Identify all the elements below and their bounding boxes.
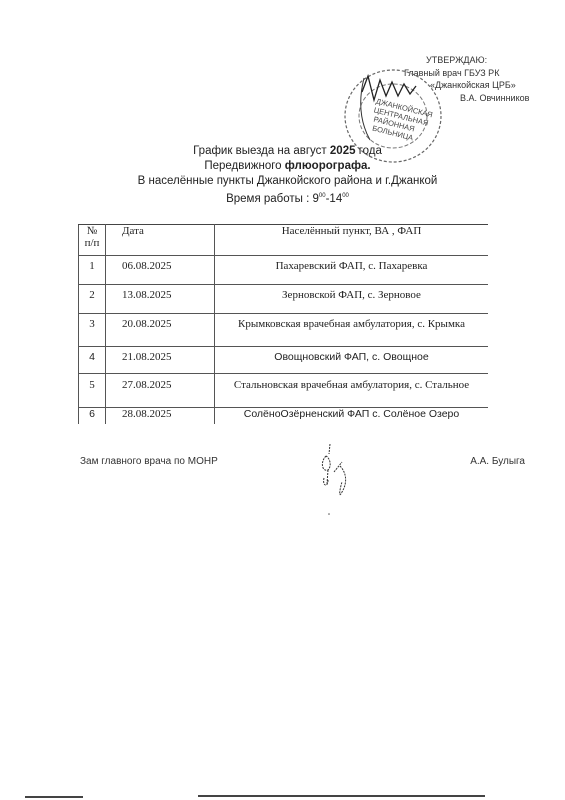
table-row: 6 28.08.2025 СолёноОзёрненский ФАП с. Со…	[79, 408, 489, 425]
footer-line-left	[25, 796, 83, 798]
row-place: СолёноОзёрненский ФАП с. Солёное Озеро	[215, 408, 489, 425]
row-number: 6	[79, 408, 106, 425]
row-number: 4	[79, 347, 106, 374]
row-number: 2	[79, 285, 106, 314]
row-number: 5	[79, 374, 106, 408]
row-place: Овощновский ФАП, с. Овощное	[215, 347, 489, 374]
row-place: Крымковская врачебная амбулатория, с. Кр…	[215, 314, 489, 347]
row-place: Стальновская врачебная амбулатория, с. С…	[215, 374, 489, 408]
document-page: УТВЕРЖДАЮ: Главный врач ГБУЗ РК «Джанкой…	[0, 0, 565, 800]
table-row: 3 20.08.2025 Крымковская врачебная амбул…	[79, 314, 489, 347]
row-place: Пахаревский ФАП, с. Пахаревка	[215, 256, 489, 285]
working-hours: Время работы : 900-1400	[100, 189, 475, 207]
signoff-title: Зам главного врача по МОНР	[80, 456, 218, 467]
header-place: Населённый пункт, ВА , ФАП	[215, 225, 489, 256]
footer-line-right	[198, 795, 485, 797]
row-date: 13.08.2025	[106, 285, 215, 314]
row-date: 21.08.2025	[106, 347, 215, 374]
row-date: 20.08.2025	[106, 314, 215, 347]
heading-line-1: График выезда на август 2025 года	[100, 144, 475, 159]
row-date: 28.08.2025	[106, 408, 215, 425]
header-number: № п/п	[79, 225, 106, 256]
row-place: Зерновской ФАП, с. Зерновое	[215, 285, 489, 314]
row-date: 27.08.2025	[106, 374, 215, 408]
table-row: 2 13.08.2025 Зерновской ФАП, с. Зерновое	[79, 285, 489, 314]
heading-line-3: В населённые пункты Джанкойского района …	[100, 174, 475, 189]
header-date: Дата	[106, 225, 215, 256]
signoff-name: А.А. Булыга	[470, 456, 525, 467]
table-header-row: № п/п Дата Населённый пункт, ВА , ФАП	[79, 225, 489, 256]
table-row: 4 21.08.2025 Овощновский ФАП, с. Овощное	[79, 347, 489, 374]
row-date: 06.08.2025	[106, 256, 215, 285]
row-number: 3	[79, 314, 106, 347]
row-number: 1	[79, 256, 106, 285]
signature-icon	[312, 442, 362, 517]
heading-line-2: Передвижного флюорографа.	[100, 159, 475, 174]
schedule-table: № п/п Дата Населённый пункт, ВА , ФАП 1 …	[78, 224, 488, 424]
table-row: 5 27.08.2025 Стальновская врачебная амбу…	[79, 374, 489, 408]
table-row: 1 06.08.2025 Пахаревский ФАП, с. Пахарев…	[79, 256, 489, 285]
document-heading: График выезда на август 2025 года Передв…	[100, 144, 475, 207]
